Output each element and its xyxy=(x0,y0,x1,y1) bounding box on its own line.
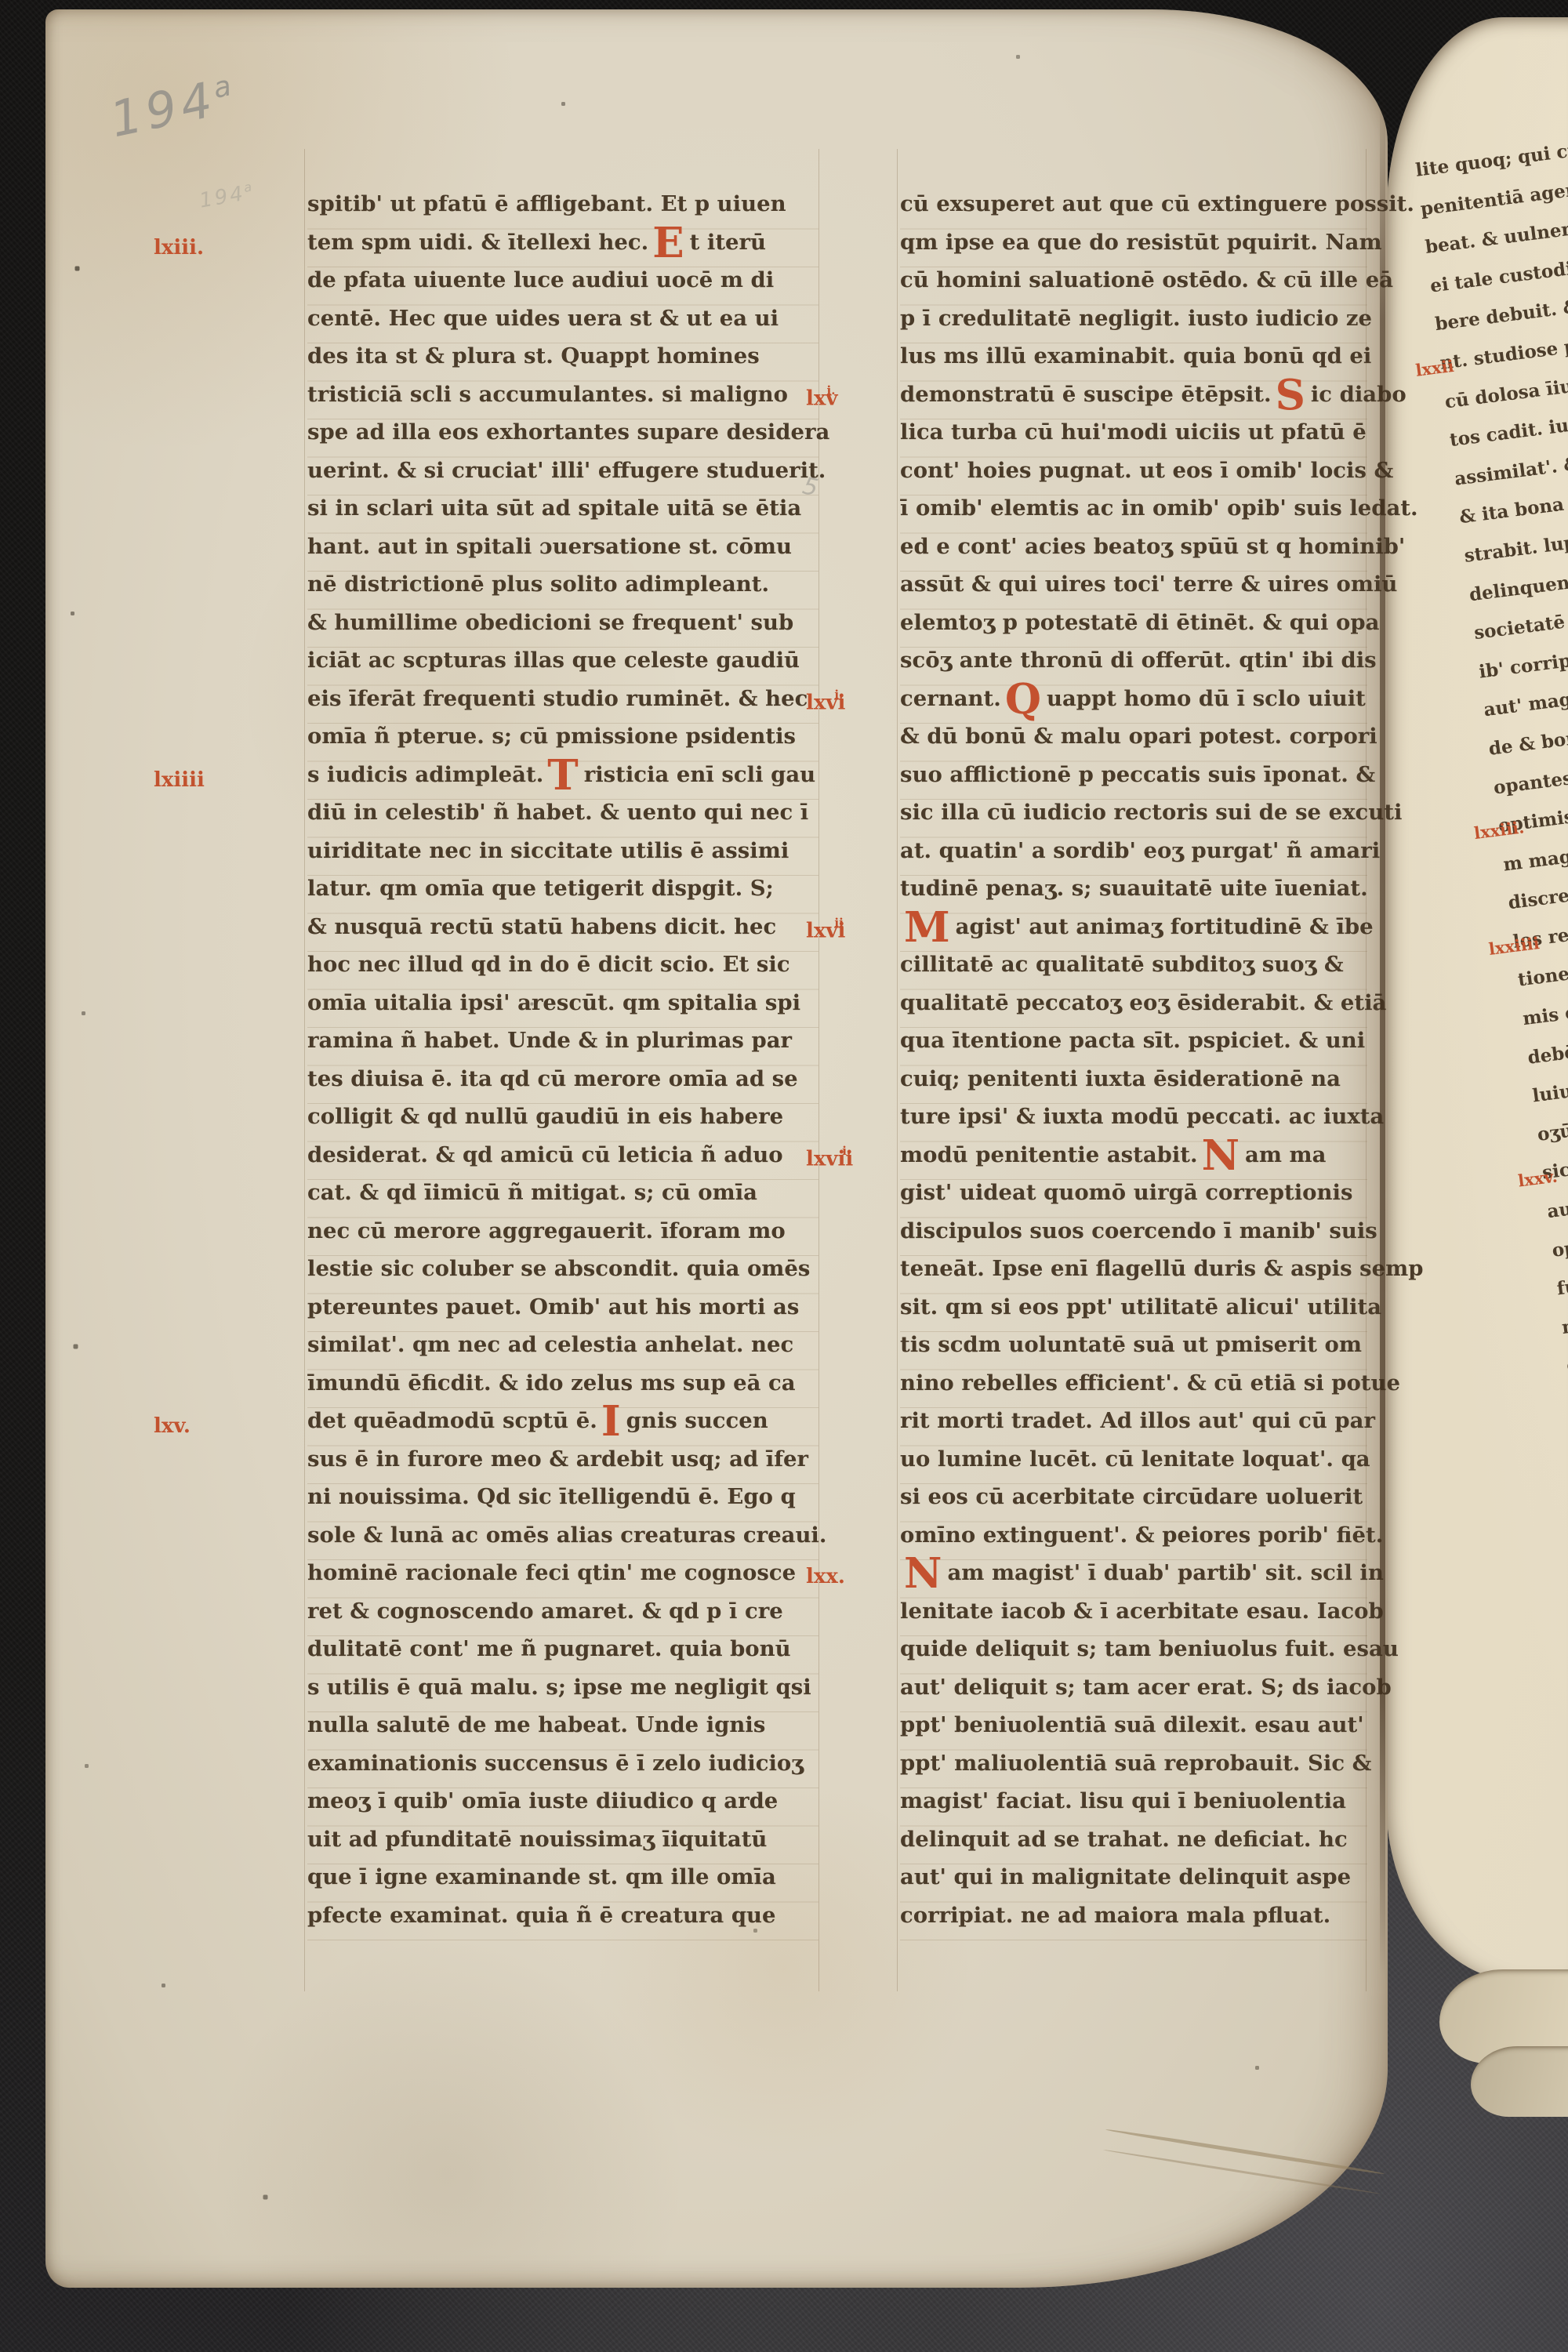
manuscript-text-line: examinationis succensus ē ī zelo iudicio… xyxy=(307,1751,818,1789)
manuscript-text-line: p ī credulitatē negligit. iusto iudicio … xyxy=(900,306,1367,344)
manuscript-text-line: hoc nec illud qd in do ē dicit scio. Et … xyxy=(307,952,818,990)
rubric-initial: S xyxy=(1272,371,1311,419)
manuscript-text-line: modū penitentie astabit.Nam ma xyxy=(900,1142,1367,1181)
manuscript-text-line: eis īferāt frequenti studio ruminēt. & h… xyxy=(307,686,818,724)
manuscript-text-line: ppt' maliuolentiā suā reprobauit. Sic & xyxy=(900,1751,1367,1789)
margin-chapter-numeral: lxxv. xyxy=(1517,1166,1559,1190)
manuscript-text-line: Nam magist' ī duab' partib' sit. scil in xyxy=(900,1560,1367,1599)
text-column-2: lxvi.lxvii.lxviiilxviii.lxx. cū exsupere… xyxy=(900,191,1367,1940)
manuscript-text-line: delinquit ad se trahat. ne deficiat. hc xyxy=(900,1827,1367,1865)
manuscript-text-line: sole & lunā ac omēs alias creaturas crea… xyxy=(307,1523,818,1561)
manuscript-text-line: de pfata uiuente luce audiui uocē m di xyxy=(307,267,818,306)
manuscript-text-line: magist' faciat. lisu qui ī beniuolentia xyxy=(900,1788,1367,1827)
manuscript-text-line: cernant.Quappt homo dū ī sclo uiuit xyxy=(900,686,1367,724)
margin-chapter-numeral: lxiiii xyxy=(154,768,205,792)
manuscript-text-line: dulitatē cont' me ñ pugnaret. quia bonū xyxy=(307,1636,818,1675)
rubric-initial: N xyxy=(1198,1131,1245,1180)
manuscript-text-line: aut' qui in malignitate delinquit aspe xyxy=(900,1864,1367,1903)
manuscript-text-line: ramina ñ habet. Unde & in plurimas par xyxy=(307,1028,818,1066)
manuscript-text-line: cuiq; penitenti iuxta ēsiderationē na xyxy=(900,1066,1367,1105)
manuscript-text-line: desiderat. & qd amicū cū leticia ñ aduo xyxy=(307,1142,818,1181)
manuscript-text-line: assūt & qui uires toci' terre & uires om… xyxy=(900,572,1367,610)
manuscript-page: 194a 194a 5 lxiii.lxiiiilxv. spitib' ut … xyxy=(45,9,1388,2288)
manuscript-text-line: ed e cont' acies beatoʒ spūū st q homini… xyxy=(900,534,1367,572)
manuscript-text-line: s iudicis adimpleāt.Tristicia enī scli g… xyxy=(307,762,818,800)
manuscript-text-line: sit. qm si eos ppt' utilitatē alicui' ut… xyxy=(900,1294,1367,1333)
manuscript-text-line: colligit & qd nullū gaudiū in eis habere xyxy=(307,1104,818,1142)
manuscript-text-line: & dū bonū & malu opari potest. corpori xyxy=(900,724,1367,762)
manuscript-text-line: ture ipsi' & iuxta modū peccati. ac iuxt… xyxy=(900,1104,1367,1142)
manuscript-text-line: cat. & qd īimicū ñ mitigat. s; cū omīa xyxy=(307,1180,818,1218)
manuscript-text-line: iciāt ac scpturas illas que celeste gaud… xyxy=(307,648,818,686)
manuscript-text-line: des ita st & plura st. Quappt homines xyxy=(307,343,818,382)
rubric-initial: T xyxy=(543,751,583,800)
rubric-initial: N xyxy=(900,1549,947,1598)
manuscript-text-line: at. quatin' a sordib' eoʒ purgat' ñ amar… xyxy=(900,838,1367,877)
manuscript-text-line: uerint. & si cruciat' illi' effugere stu… xyxy=(307,458,818,496)
margin-chapter-numeral: lxviii. xyxy=(806,1147,862,1171)
manuscript-text-line: tis scdm uoluntatē suā ut pmiserit om xyxy=(900,1332,1367,1370)
margin-chapter-numeral: lxvii. xyxy=(806,691,854,715)
manuscript-text-line: qua ītentione pacta sīt. pspiciet. & uni xyxy=(900,1028,1367,1066)
manuscript-text-line: cont' hoies pugnat. ut eos ī omib' locis… xyxy=(900,458,1367,496)
ruling-line-vertical xyxy=(304,149,305,1991)
margin-chapter-numeral: lxviii xyxy=(806,919,855,943)
manuscript-text-line: tudinē penaʒ. s; suauitatē uite īueniat. xyxy=(900,876,1367,914)
manuscript-text-line: diū in celestib' ñ habet. & uento qui ne… xyxy=(307,800,818,838)
manuscript-text-line: īmundū ēficdit. & ido zelus ms sup eā ca xyxy=(307,1370,818,1409)
manuscript-text-line: cillitatē ac qualitatē subditoʒ suoʒ & xyxy=(900,952,1367,990)
manuscript-text-line: sic illa cū iudicio rectoris sui de se e… xyxy=(900,800,1367,838)
manuscript-text-line: & humillime obedicioni se frequent' sub xyxy=(307,610,818,648)
manuscript-text-line: spitib' ut pfatū ē affligebant. Et p uiu… xyxy=(307,191,818,230)
rubric-initial: M xyxy=(900,903,956,952)
manuscript-text-line: nē districtionē plus solito adimpleant. xyxy=(307,572,818,610)
gutter-chapter-numerals: lxvi.lxvii.lxviiilxviii.lxx. xyxy=(806,191,896,1940)
margin-chapter-numeral: lxvi. xyxy=(806,387,846,411)
manuscript-text-line: cū homini saluationē ostēdo. & cū ille e… xyxy=(900,267,1367,306)
manuscript-text-line: ptereuntes pauet. Omib' aut his morti as xyxy=(307,1294,818,1333)
margin-chapter-numeral: lxxii xyxy=(1414,356,1455,380)
manuscript-text-line: lestie sic coluber se abscondit. quia om… xyxy=(307,1256,818,1294)
manuscript-text-line: s utilis ē quā malu. s; ipse me negligit… xyxy=(307,1675,818,1713)
manuscript-text-line: tes diuisa ē. ita qd cū merore omīa ad s… xyxy=(307,1066,818,1105)
margin-chapter-numeral: lxiii. xyxy=(154,236,204,260)
manuscript-text-line: ī omib' elemtis ac in omib' opib' suis l… xyxy=(900,495,1367,534)
manuscript-text-line: meoʒ ī quib' omīa iuste diiudico q arde xyxy=(307,1788,818,1827)
manuscript-text-line: spe ad illa eos exhortantes supare desid… xyxy=(307,419,818,458)
manuscript-text-line: centē. Hec que uides uera st & ut ea ui xyxy=(307,306,818,344)
manuscript-text-line: Magist' aut animaʒ fortitudinē & ībe xyxy=(900,914,1367,953)
manuscript-text-line: nec cū merore aggregauerit. īforam mo xyxy=(307,1218,818,1257)
gutter-crease-shadow xyxy=(1380,94,1385,1976)
pencil-folio-number: 194a xyxy=(105,66,243,149)
manuscript-text-line: rit morti tradet. Ad illos aut' qui cū p… xyxy=(900,1408,1367,1446)
margin-chapter-numeral: lxx. xyxy=(806,1565,845,1588)
next-folio-page-edge: lxxiilxxiii.lxxiiiilxxv.lxxvi lite quoq;… xyxy=(1386,17,1568,1981)
manuscript-text-line: nino rebelles efficient'. & cū etiā si p… xyxy=(900,1370,1367,1409)
manuscript-text-line: sus ē in furore meo & ardebit usq; ad īf… xyxy=(307,1446,818,1485)
manuscript-text-line: omīa uitalia ipsi' arescūt. qm spitalia … xyxy=(307,990,818,1029)
manuscript-text-line: hant. aut in spitali ɔuersatione st. cōm… xyxy=(307,534,818,572)
manuscript-text-line: si eos cū acerbitate circūdare uoluerit xyxy=(900,1484,1367,1523)
manuscript-text-line: uo lumine lucēt. cū lenitate loquat'. qa xyxy=(900,1446,1367,1485)
manuscript-text-line: ret & cognoscendo amaret. & qd p ī cre xyxy=(307,1599,818,1637)
next-folio-text-column: lxxiilxxiii.lxxiiiilxxv.lxxvi lite quoq;… xyxy=(1414,126,1568,1934)
manuscript-text-line: qm ipse ea que do resistūt pquirit. Nam xyxy=(900,230,1367,268)
manuscript-text-line: teneāt. Ipse enī flagellū duris & aspis … xyxy=(900,1256,1367,1294)
rubric-initial: Q xyxy=(1001,675,1047,724)
manuscript-text-line: latur. qm omīa que tetigerit dispgit. S; xyxy=(307,876,818,914)
ruling-line-vertical xyxy=(897,149,898,1991)
manuscript-text-line: discipulos suos coercendo ī manib' suis xyxy=(900,1218,1367,1257)
manuscript-text-line: lenitate iacob & ī acerbitate esau. Iaco… xyxy=(900,1599,1367,1637)
manuscript-text-line: gist' uideat quomō uirgā correptionis xyxy=(900,1180,1367,1218)
manuscript-text-line: similat'. qm nec ad celestia anhelat. ne… xyxy=(307,1332,818,1370)
rubric-initial: I xyxy=(597,1397,626,1446)
manuscript-text-line: demonstratū ē suscipe ētēpsit.Sic diabo xyxy=(900,382,1367,420)
manuscript-text-line: pfecte examinat. quia ñ ē creatura que xyxy=(307,1903,818,1941)
manuscript-text-line: uiriditate nec in siccitate utilis ē ass… xyxy=(307,838,818,877)
manuscript-text-line: qualitatē peccatoʒ eoʒ ēsiderabit. & eti… xyxy=(900,990,1367,1029)
manuscript-text-line: quide deliquit s; tam beniuolus fuit. es… xyxy=(900,1636,1367,1675)
manuscript-text-line: suo afflictionē p peccatis suis īponat. … xyxy=(900,762,1367,800)
manuscript-text-line: aut' deliquit s; tam acer erat. S; ds ia… xyxy=(900,1675,1367,1713)
manuscript-text-line: lica turba cū hui'modi uiciis ut pfatū ē xyxy=(900,419,1367,458)
page-stack-fore-edge xyxy=(1471,2046,1568,2117)
manuscript-photo: { "pencil": { "folio": "194", "folio_sup… xyxy=(0,0,1568,2352)
manuscript-text-line: que ī igne examinande st. qm ille omīa xyxy=(307,1864,818,1903)
margin-chapter-numeral: lxv. xyxy=(154,1414,191,1438)
rubric-initial: E xyxy=(648,219,689,267)
manuscript-text-line: omīno extinguent'. & peiores porib' fiēt… xyxy=(900,1523,1367,1561)
manuscript-text-line: ppt' beniuolentiā suā dilexit. esau aut' xyxy=(900,1712,1367,1751)
manuscript-text-line: elemtoʒ p potestatē di ētinēt. & qui opa xyxy=(900,610,1367,648)
left-margin-chapter-numerals: lxiii.lxiiiilxv. xyxy=(154,191,303,1940)
parchment-specks xyxy=(45,9,46,10)
manuscript-text-line: ni nouissima. Qd sic ītelligendū ē. Ego … xyxy=(307,1484,818,1523)
manuscript-text-line: corripiat. ne ad maiora mala pfluat. xyxy=(900,1903,1367,1941)
margin-chapter-numeral: lxxiiii xyxy=(1487,933,1541,959)
manuscript-text-line: uit ad pfunditatē nouissimaʒ īiquitatū xyxy=(307,1827,818,1865)
manuscript-text-line: & nusquā rectū statū habens dicit. hec xyxy=(307,914,818,953)
manuscript-text-line: si in sclari uita sūt ad spitale uitā se… xyxy=(307,495,818,534)
manuscript-text-line: scōʒ ante thronū di offerūt. qtin' ibi d… xyxy=(900,648,1367,686)
manuscript-text-line: hominē racionale feci qtin' me cognosce xyxy=(307,1560,818,1599)
manuscript-text-line: tem spm uidi. & ītellexi hec.Et iterū xyxy=(307,230,818,268)
manuscript-text-line: tristiciā scli s accumulantes. si malign… xyxy=(307,382,818,420)
manuscript-text-line: det quēadmodū scptū ē.Ignis succen xyxy=(307,1408,818,1446)
manuscript-text-line: nulla salutē de me habeat. Unde ignis xyxy=(307,1712,818,1751)
text-column-1: lxiii.lxiiiilxv. spitib' ut pfatū ē affl… xyxy=(307,191,818,1940)
margin-chapter-numeral: lxxiii. xyxy=(1473,817,1526,843)
manuscript-text-line: cū exsuperet aut que cū extinguere possi… xyxy=(900,191,1367,230)
